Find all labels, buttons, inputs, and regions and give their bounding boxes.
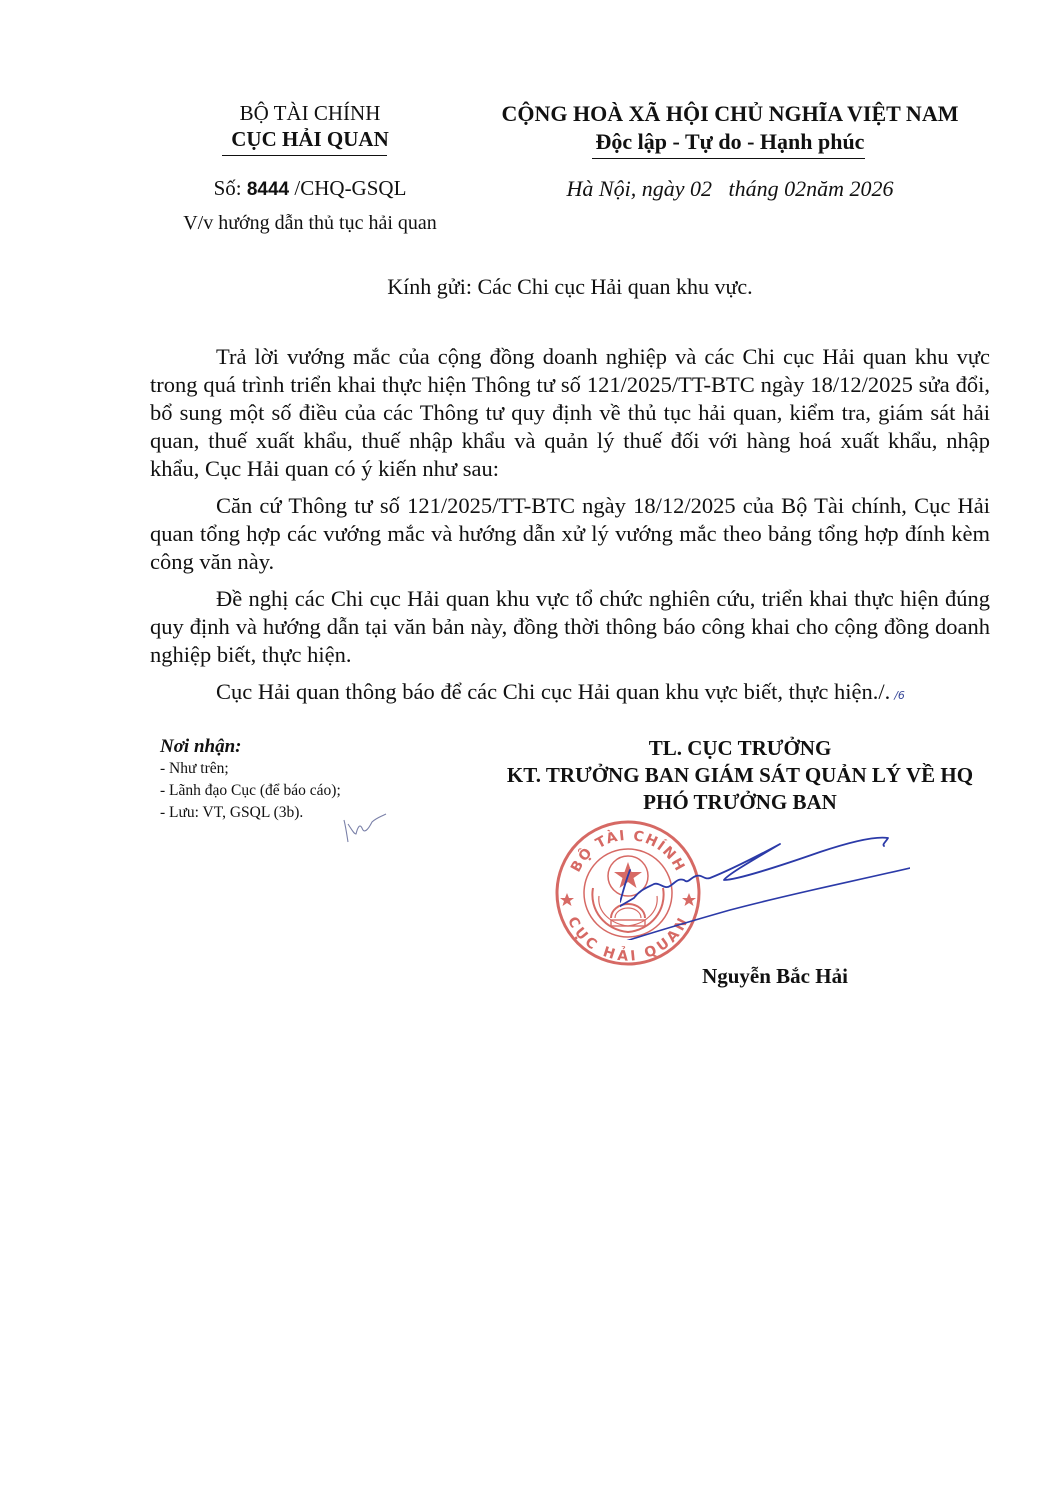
body-paragraph: Căn cứ Thông tư số 121/2025/TT-BTC ngày …: [150, 492, 990, 576]
number-value: 8444: [247, 179, 289, 200]
signer-name: Nguyễn Bắc Hải: [470, 962, 1010, 990]
initial-mark-icon: /6: [894, 689, 905, 702]
country-name: CỘNG HOÀ XÃ HỘI CHỦ NGHĨA VIỆT NAM: [470, 100, 990, 128]
distribution-title: Nơi nhận:: [160, 736, 460, 758]
letter-body: Trả lời vướng mắc của cộng đồng doanh ng…: [150, 343, 990, 710]
national-motto: Độc lập - Tự do - Hạnh phúc: [470, 128, 990, 156]
body-paragraph: Cục Hải quan thông báo để các Chi cục Hả…: [150, 678, 990, 710]
signatory-line-1: TL. CỤC TRƯỞNG: [470, 735, 1010, 762]
closing-sentence: Cục Hải quan thông báo để các Chi cục Hả…: [216, 679, 890, 704]
body-paragraph: Trả lời vướng mắc của cộng đồng doanh ng…: [150, 343, 990, 483]
number-label: Số:: [214, 176, 242, 200]
body-paragraph: Đề nghị các Chi cục Hải quan khu vực tổ …: [150, 585, 990, 669]
document-number: Số: 8444 /CHQ-GSQL: [150, 174, 470, 204]
signatory-line-3: PHÓ TRƯỞNG BAN: [470, 789, 1010, 816]
signature-block: TL. CỤC TRƯỞNG KT. TRƯỞNG BAN GIÁM SÁT Q…: [470, 735, 1010, 816]
ministry-name: BỘ TÀI CHÍNH: [150, 100, 470, 126]
addressee-line: Kính gửi: Các Chi cục Hải quan khu vực.: [150, 273, 990, 301]
distribution-item: - Lưu: VT, GSQL (3b).: [160, 802, 460, 824]
place-date: Hà Nội, ngày 02 tháng 02năm 2026: [470, 174, 990, 204]
document-subject: V/v hướng dẫn thủ tục hải quan: [150, 210, 470, 236]
signatory-line-2: KT. TRƯỞNG BAN GIÁM SÁT QUẢN LÝ VỀ HQ: [470, 762, 1010, 789]
national-header: CỘNG HOÀ XÃ HỘI CHỦ NGHĨA VIỆT NAM Độc l…: [470, 100, 990, 156]
motto-underline: [592, 158, 865, 159]
distribution-item: - Lãnh đạo Cục (để báo cáo);: [160, 780, 460, 802]
distribution-item: - Như trên;: [160, 758, 460, 780]
distribution-list: Nơi nhận: - Như trên; - Lãnh đạo Cục (để…: [160, 736, 460, 824]
handwritten-initial-icon: [338, 812, 388, 846]
handwritten-signature-icon: [620, 830, 910, 940]
number-suffix: /CHQ-GSQL: [294, 176, 406, 200]
department-name: CỤC HẢI QUAN: [150, 126, 470, 152]
issuing-agency-header: BỘ TÀI CHÍNH CỤC HẢI QUAN: [150, 100, 470, 152]
agency-underline: [222, 155, 387, 156]
